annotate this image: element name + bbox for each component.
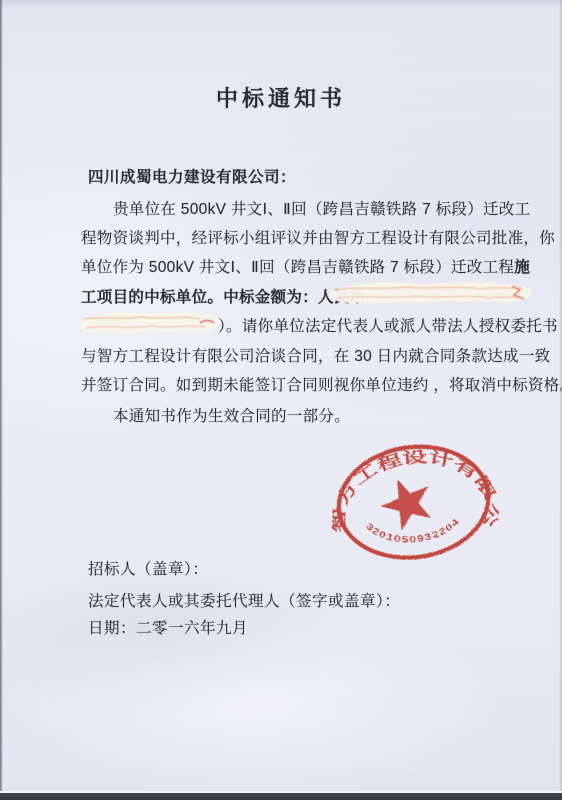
body-line-4-bold: 工项目的中标单位。中标金额为：人民币 xyxy=(81,285,365,307)
photo-left-edge xyxy=(0,0,3,800)
body-line-7: 并签订合同。如到期未能签订合同则视你单位违约 ，将取消中标资格。 xyxy=(81,373,562,395)
addressee-line: 四川成蜀电力建设有限公司： xyxy=(88,165,296,187)
date-line: 日期：二零一六年九月 xyxy=(88,616,248,638)
body-line-6: 与智方工程设计有限公司洽谈合同，在 30 日内就合同条款达成一致 xyxy=(81,344,550,366)
redacted-amount-smudge-1 xyxy=(326,277,538,307)
seal-serial-arc-text: 3201050932204 xyxy=(363,508,464,551)
body-line-3-regular: 单位作为 500kV 井文Ⅰ、Ⅱ回（跨昌吉赣铁路 7 标段）迁改工程 xyxy=(81,259,514,276)
smudge-blob xyxy=(330,282,533,304)
body-paragraph-2: 本通知书作为生效合同的一部分。 xyxy=(113,404,350,426)
body-line-2: 程物资谈判中，经评标小组评议并由智方工程设计有限公司批准，你 xyxy=(81,226,555,248)
body-line-3: 单位作为 500kV 井文Ⅰ、Ⅱ回（跨昌吉赣铁路 7 标段）迁改工程施 xyxy=(81,255,530,277)
representative-signature-line: 法定代表人或其委托代理人（签字或盖章）： xyxy=(88,589,400,611)
body-line-3-bold: 施 xyxy=(514,259,530,276)
company-seal: 智方工程设计有限公司 3201050932204 xyxy=(320,429,510,582)
body-line-5: ）。请你单位法定代表人或派人带法人授权委托书 xyxy=(218,314,558,336)
redacted-amount-smudge-2 xyxy=(74,307,226,337)
seal-star-icon xyxy=(377,475,433,533)
body-line-1: 贵单位在 500kV 井文Ⅰ、Ⅱ回（跨昌吉赣铁路 7 标段）迁改工 xyxy=(113,197,530,219)
scanned-letter-page: 中标通知书 四川成蜀电力建设有限公司： 贵单位在 500kV 井文Ⅰ、Ⅱ回（跨昌… xyxy=(0,0,562,800)
photo-bottom-edge xyxy=(0,791,562,800)
document-title: 中标通知书 xyxy=(0,82,562,113)
bidder-signature-line: 招标人（盖章）： xyxy=(88,557,208,579)
smudge-blob xyxy=(78,312,221,333)
